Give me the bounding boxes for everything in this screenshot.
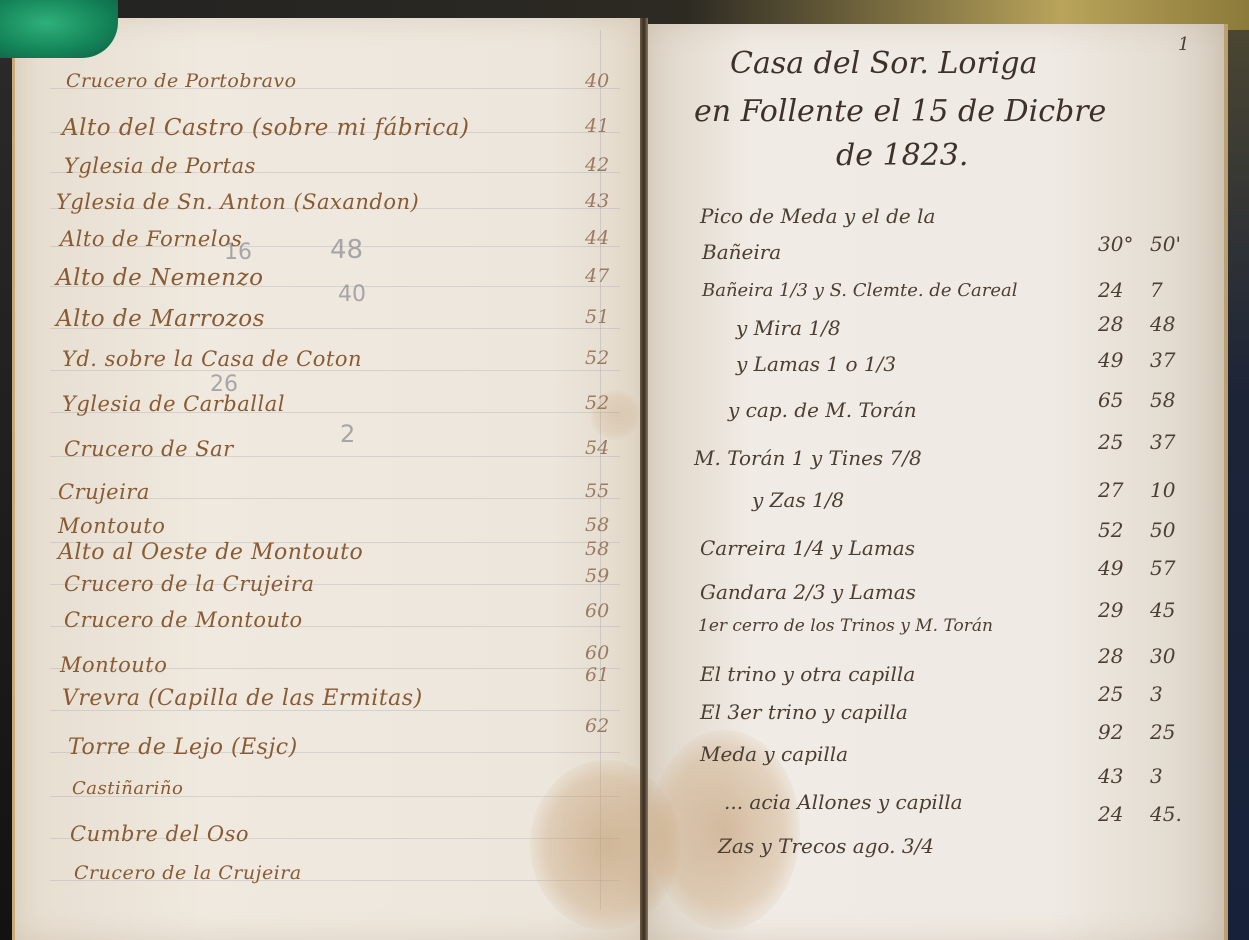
place-name: Vrevra (Capilla de las Ermitas) [62, 686, 423, 711]
bearing-label: El 3er trino y capilla [700, 700, 908, 724]
book-gutter [640, 18, 648, 940]
bearing-degrees: 24 [1098, 802, 1138, 826]
pencil-note: 16 [224, 240, 252, 265]
pencil-note: 40 [338, 282, 366, 307]
bearing-minutes: 50' [1150, 232, 1190, 256]
bearing-degrees: 25 [1098, 682, 1138, 706]
bearing-label: Bañeira 1/3 y S. Clemte. de Careal [702, 280, 1017, 301]
bearing-minutes: 45. [1150, 802, 1190, 826]
place-number: 61 [585, 664, 635, 686]
place-name: Crucero de Portobravo [66, 70, 297, 92]
bearing-label: Bañeira [702, 240, 781, 264]
bearing-degrees: 49 [1098, 556, 1138, 580]
bearing-degrees: 49 [1098, 348, 1138, 372]
bearing-label: y Lamas 1 o 1/3 [736, 352, 896, 376]
place-name: Torre de Lejo (Esjc) [68, 735, 298, 760]
bearing-minutes: 7 [1150, 278, 1190, 302]
place-number: 55 [585, 480, 635, 502]
place-name: Crucero de Montouto [64, 608, 303, 632]
bearing-label: 1er cerro de los Trinos y M. Torán [698, 616, 993, 636]
bearing-label: Carreira 1/4 y Lamas [700, 536, 915, 560]
bearing-label: ... acia Allones y capilla [724, 790, 963, 814]
bearing-minutes: 37 [1150, 348, 1190, 372]
bearing-minutes: 30 [1150, 644, 1190, 668]
bearing-degrees: 25 [1098, 430, 1138, 454]
heading-line-3: de 1823. [836, 138, 968, 173]
place-name: Yd. sobre la Casa de Coton [62, 347, 362, 371]
bearing-label: y Mira 1/8 [736, 316, 841, 340]
bearing-degrees: 92 [1098, 720, 1138, 744]
place-name: Crujeira [58, 480, 150, 504]
place-number: 58 [585, 538, 635, 560]
green-clip [0, 0, 118, 58]
place-name: Alto del Castro (sobre mi fábrica) [62, 115, 469, 141]
bearing-label: M. Torán 1 y Tines 7/8 [694, 446, 922, 470]
pencil-note: 26 [210, 372, 238, 397]
place-number: 44 [585, 227, 635, 249]
place-name: Cumbre del Oso [70, 822, 249, 846]
bearing-minutes: 3 [1150, 764, 1190, 788]
place-name: Crucero de la Crujeira [64, 572, 314, 596]
place-name: Yglesia de Portas [64, 154, 256, 178]
bearing-degrees: 27 [1098, 478, 1138, 502]
place-number: 58 [585, 514, 635, 536]
heading-line-2: en Follente el 15 de Dicbre [694, 94, 1106, 129]
place-name: Crucero de la Crujeira [74, 862, 302, 884]
bearing-degrees: 29 [1098, 598, 1138, 622]
bearing-degrees: 24 [1098, 278, 1138, 302]
bearing-degrees: 28 [1098, 644, 1138, 668]
place-number: 60 [585, 642, 635, 664]
bearing-degrees: 43 [1098, 764, 1138, 788]
place-name: Yglesia de Carballal [62, 392, 285, 416]
place-number: 54 [585, 437, 635, 459]
place-name: Alto de Marrozos [56, 306, 265, 332]
page-number: 1 [1178, 34, 1189, 55]
place-number: 60 [585, 600, 635, 622]
place-name: Yglesia de Sn. Anton (Saxandon) [56, 190, 419, 214]
place-number: 40 [585, 70, 635, 92]
place-number: 59 [585, 565, 635, 587]
bearing-minutes: 50 [1150, 518, 1190, 542]
bearing-minutes: 10 [1150, 478, 1190, 502]
bearing-minutes: 25 [1150, 720, 1190, 744]
bearing-label: y cap. de M. Torán [728, 398, 917, 422]
heading-line-1: Casa del Sor. Loriga [730, 46, 1038, 81]
bearing-minutes: 48 [1150, 312, 1190, 336]
place-name: Montouto [58, 514, 165, 538]
bearing-minutes: 37 [1150, 430, 1190, 454]
bearing-minutes: 3 [1150, 682, 1190, 706]
bearing-label: El trino y otra capilla [700, 662, 915, 686]
place-number: 52 [585, 347, 635, 369]
place-name: Castiñariño [72, 778, 183, 799]
place-name: Montouto [60, 653, 167, 677]
bearing-minutes: 45 [1150, 598, 1190, 622]
pencil-note: 2 [340, 420, 355, 448]
bearing-label: Pico de Meda y el de la [700, 204, 935, 228]
place-name: Crucero de Sar [64, 437, 234, 461]
place-name: Alto de Nemenzo [56, 265, 263, 291]
bearing-label: y Zas 1/8 [752, 488, 844, 512]
bearing-degrees: 65 [1098, 388, 1138, 412]
bearing-label: Meda y capilla [700, 742, 848, 766]
place-number: 51 [585, 306, 635, 328]
place-name: Alto al Oeste de Montouto [58, 540, 363, 565]
place-number: 47 [585, 265, 635, 287]
bearing-degrees: 30° [1098, 232, 1138, 256]
place-number: 42 [585, 154, 635, 176]
place-number: 62 [585, 715, 635, 737]
place-number: 43 [585, 190, 635, 212]
bearing-minutes: 57 [1150, 556, 1190, 580]
place-name: Alto de Fornelos [60, 227, 242, 251]
bearing-label: Zas y Trecos ago. 3/4 [718, 834, 934, 858]
pencil-note: 48 [330, 235, 363, 265]
place-number: 41 [585, 115, 635, 137]
place-number: 52 [585, 392, 635, 414]
bearing-minutes: 58 [1150, 388, 1190, 412]
bearing-degrees: 52 [1098, 518, 1138, 542]
bearing-degrees: 28 [1098, 312, 1138, 336]
bearing-label: Gandara 2/3 y Lamas [700, 580, 916, 604]
